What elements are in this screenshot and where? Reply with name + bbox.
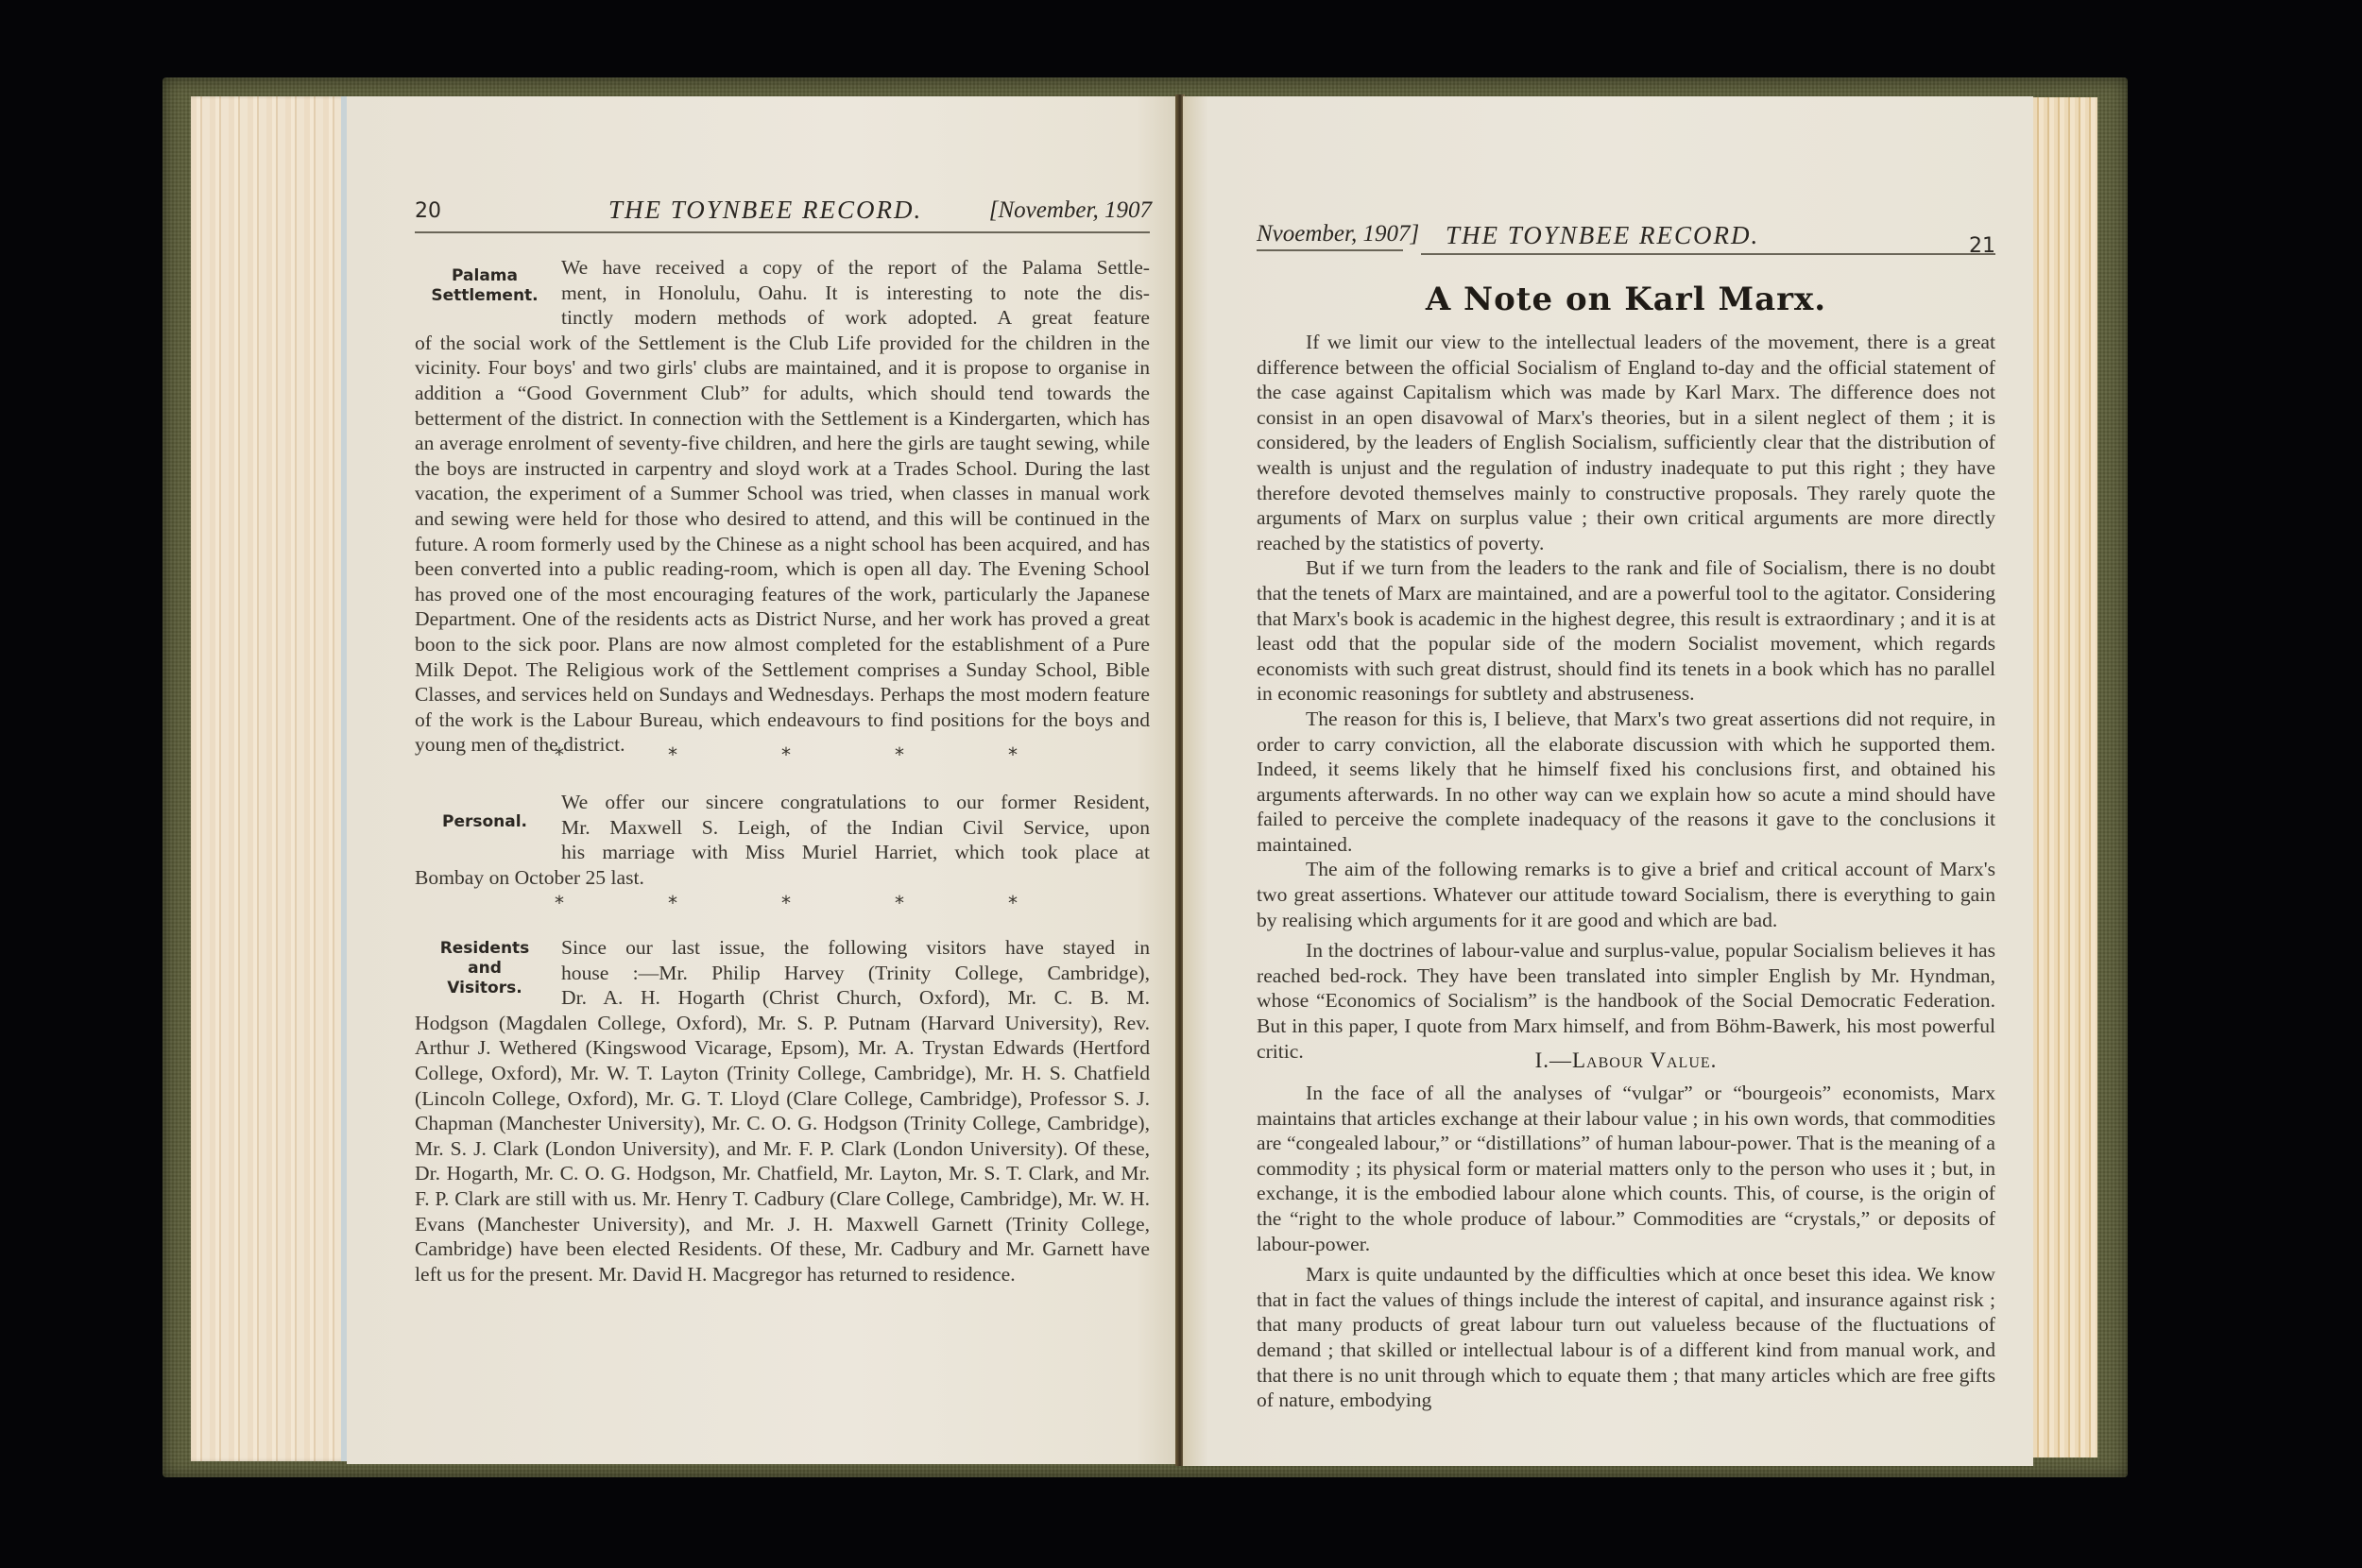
section-heading: I.—Labour Value. <box>1257 1048 1995 1073</box>
star: * <box>1008 892 1018 914</box>
running-title: THE TOYNBEE RECORD. <box>1446 221 1759 250</box>
right-page-edges <box>2033 97 2097 1457</box>
article-paragraph: The aim of the following remarks is to g… <box>1257 857 1995 932</box>
section-body: Bombay on October 25 last. <box>415 865 1150 891</box>
header-rule <box>1421 253 1995 255</box>
article-paragraph: If we limit our view to the intellectual… <box>1257 330 1995 555</box>
section-palama-settlement: We have received a copy of the report of… <box>415 255 1150 758</box>
star: * <box>1008 743 1018 766</box>
issue-date: Nvoember, 1907] <box>1257 221 1419 247</box>
section-body: of the social work of the Settlement is … <box>415 331 1150 758</box>
section-separator: * * * * * <box>555 892 1018 914</box>
article-body: If we limit our view to the intellectual… <box>1257 330 1995 1064</box>
star: * <box>895 892 904 914</box>
star: * <box>668 892 677 914</box>
lead-line: Since our last issue, the following visi… <box>415 935 1150 961</box>
left-running-head: 20 THE TOYNBEE RECORD. [November, 1907 <box>415 197 1152 224</box>
lead-line: Dr. A. H. Hogarth (Christ Church, Oxford… <box>415 985 1150 1011</box>
article-paragraph: The reason for this is, I believe, that … <box>1257 707 1995 858</box>
left-page: 20 THE TOYNBEE RECORD. [November, 1907 P… <box>347 96 1178 1464</box>
star: * <box>555 743 564 766</box>
section-separator: * * * * * <box>555 743 1018 766</box>
running-title: THE TOYNBEE RECORD. <box>608 196 922 225</box>
lead-line: house :—Mr. Philip Harvey (Trinity Colle… <box>415 961 1150 986</box>
section-personal: We offer our sincere congratulations to … <box>415 790 1150 890</box>
section-paragraph: Marx is quite undaunted by the difficult… <box>1257 1262 1995 1413</box>
header-rule <box>415 231 1150 233</box>
star: * <box>895 743 904 766</box>
page-number: 20 <box>415 199 441 223</box>
right-page: Nvoember, 1907] THE TOYNBEE RECORD. 21 A… <box>1183 96 2033 1466</box>
article-title: A Note on Karl Marx. <box>1257 281 1995 318</box>
article-paragraph: In the doctrines of labour-value and sur… <box>1257 938 1995 1064</box>
article-paragraph: But if we turn from the leaders to the r… <box>1257 555 1995 707</box>
lead-line: ment, in Honolulu, Oahu. It is interesti… <box>415 281 1150 306</box>
star: * <box>781 743 791 766</box>
section-body: Hodgson (Magdalen College, Oxford), Mr. … <box>415 1011 1150 1287</box>
right-running-head: Nvoember, 1907] THE TOYNBEE RECORD. 21 <box>1257 221 1995 247</box>
lead-line: tinctly modern methods of work adopted. … <box>415 305 1150 331</box>
lead-line: We have received a copy of the report of… <box>415 255 1150 281</box>
lead-line: Mr. Maxwell S. Leigh, of the Indian Civi… <box>415 815 1150 841</box>
section-residents-and-visitors: Since our last issue, the following visi… <box>415 935 1150 1287</box>
star: * <box>668 743 677 766</box>
header-rule-short <box>1257 249 1403 251</box>
left-page-edges <box>191 96 347 1461</box>
section-paragraph: In the face of all the analyses of “vulg… <box>1257 1081 1995 1256</box>
section-body: In the face of all the analyses of “vulg… <box>1257 1081 1995 1413</box>
lead-line: his marriage with Miss Muriel Harriet, w… <box>415 840 1150 865</box>
star: * <box>555 892 564 914</box>
issue-date: [November, 1907 <box>989 197 1152 224</box>
star: * <box>781 892 791 914</box>
lead-line: We offer our sincere congratulations to … <box>415 790 1150 815</box>
